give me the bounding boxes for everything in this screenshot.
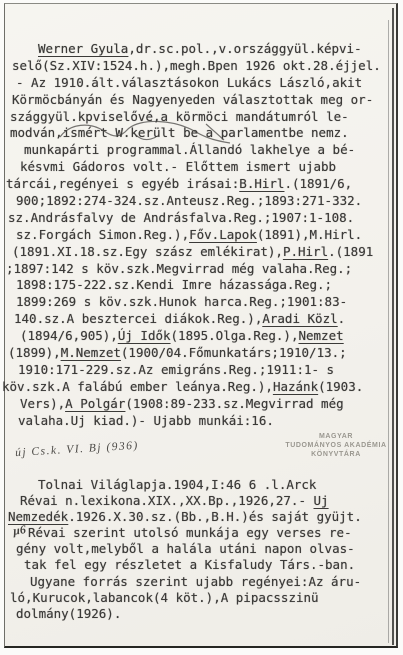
- text-line: Révai szerint utolsó munkája egy verses …: [28, 525, 395, 541]
- text-line: tárcái,regényei s egyéb irásai:B.Hirl.(1…: [6, 176, 395, 193]
- text-segment: (1903.: [318, 379, 363, 394]
- library-stamp: MAGYAR TUDOMÁNYOS AKADÉMIA KÖNYVTÁRA: [281, 432, 391, 459]
- text-line: ;1897:142 s köv.szk.Megvirrad még valaha…: [6, 261, 395, 278]
- text-line: selő(Sz.XIV:1524.h.),megh.Bpen 1926 okt.…: [12, 58, 395, 75]
- text-segment: .: [338, 311, 346, 326]
- text-line: köv.szk.A falábú ember leánya.Reg.),Hazá…: [2, 379, 395, 396]
- stamp-line-2: TUDOMÁNYOS AKADÉMIA: [281, 441, 391, 450]
- text-segment: ,dr.sc.pol.,v.országgyül.képvi-: [128, 41, 361, 56]
- text-segment: 140.sz.A besztercei diákok.Reg.),: [14, 311, 262, 326]
- text-line: 900;1892:274-324.sz.Anteusz.Reg.;1893:27…: [16, 193, 395, 210]
- text-segment: (1891),M.Hirl.: [257, 227, 362, 242]
- text-segment: .(1891: [328, 244, 373, 259]
- text-line: sz.Forgách Simon.Reg.),Főv.Lapok(1891),M…: [16, 227, 395, 244]
- text-segment: (1899),: [8, 345, 61, 360]
- text-segment: valaha.Uj kiad.)- Ujabb munkái:16.: [18, 413, 274, 428]
- text-segment: Ugyane forrás szerint ujabb regényei:Az …: [30, 574, 361, 589]
- text-segment: Révai szerint utolsó munkája egy verses …: [28, 525, 352, 540]
- text-segment: modván,ismért W.került be a parlamentbe …: [10, 125, 349, 140]
- text-segment: sz.Andrásfalvy de Andrásfalva.Reg.;1907:…: [8, 210, 354, 225]
- text-segment: selő(Sz.XIV:1524.h.),megh.Bpen 1926 okt.…: [12, 58, 381, 73]
- text-line: modván,ismért W.került be a parlamentbe …: [10, 125, 395, 142]
- text-line: 1910:171-229.sz.Az emigráns.Reg.;1911:1-…: [18, 362, 395, 379]
- text-line: 1899:269 s köv.szk.Hunok harca.Reg.;1901…: [16, 294, 395, 311]
- text-segment: tárcái,regényei s egyéb irásai:: [6, 176, 239, 191]
- text-segment: Révai n.lexikona.XIX.,XX.Bp.,1926,27.-: [20, 493, 314, 508]
- text-segment: Új Idők: [118, 328, 171, 343]
- text-segment: Aradi Közl: [262, 311, 337, 326]
- text-segment: (1900/04.Főmunkatárs;1910/13.;: [121, 345, 347, 360]
- scanned-document-page: { "document": { "kind": "typewritten-bib…: [0, 0, 403, 655]
- text-segment: (1908:89-233.sz.Megvirrad még: [125, 396, 343, 411]
- text-segment: 900;1892:274-324.sz.Anteusz.Reg.;1893:27…: [16, 193, 362, 208]
- text-segment: köv.szk.A falábú ember leánya.Reg.),: [2, 379, 273, 394]
- text-segment: gény volt,melyből a halála utáni napon o…: [16, 541, 355, 556]
- text-line: valaha.Uj kiad.)- Ujabb munkái:16.: [18, 413, 395, 430]
- typed-paragraph-sources: Tolnai Világlapja.1904,I:46 6 .l.ArckRév…: [12, 477, 395, 622]
- text-line: Werner Gyula,dr.sc.pol.,v.országgyül.kép…: [38, 41, 395, 58]
- text-line: gény volt,melyből a halála utáni napon o…: [16, 541, 395, 557]
- text-segment: Körmöcbányán és Nagyenyeden választottak…: [12, 92, 373, 107]
- text-line: (1894/6,905),Új Idők(1895.Olga.Reg.),Nem…: [20, 328, 395, 345]
- text-segment: - Az 1910.ált.választásokon Lukács Lászl…: [16, 75, 362, 90]
- text-segment: A Polgár: [65, 396, 125, 411]
- text-line: 140.sz.A besztercei diákok.Reg.),Aradi K…: [14, 311, 395, 328]
- text-segment: (1895.Olga.Reg.),: [171, 328, 299, 343]
- text-line: Révai n.lexikona.XIX.,XX.Bp.,1926,27.- U…: [20, 493, 395, 509]
- text-segment: munkapárti programmal.Állandó lakhelye a…: [24, 142, 355, 157]
- text-line: ló,Kurucok,labancok(4 köt.),A pipacsszin…: [10, 590, 395, 606]
- text-segment: M.Nemzet: [61, 345, 121, 360]
- text-line: Nemzedék.1926.X.30.sz.(Bb.,B.H.)és saját…: [8, 509, 395, 525]
- text-segment: P.Hirl: [283, 244, 328, 259]
- text-segment: dolmány(1926).: [16, 606, 121, 621]
- text-segment: 1899:269 s köv.szk.Hunok harca.Reg.;1901…: [16, 294, 347, 309]
- text-segment: Nemzet: [298, 328, 343, 343]
- text-line: munkapárti programmal.Állandó lakhelye a…: [24, 142, 395, 159]
- text-line: késvmi Gádoros volt.- Előttem ismert uja…: [20, 159, 395, 176]
- text-segment: Werner Gyula: [38, 41, 128, 56]
- text-segment: tak fel egy részletet a Kisfaludy Társ.-…: [24, 557, 355, 572]
- text-segment: Hazánk: [273, 379, 318, 394]
- text-segment: ;1897:142 s köv.szk.Megvirrad még valaha…: [6, 261, 352, 276]
- text-segment: (1894/6,905),: [20, 328, 118, 343]
- text-line: Tolnai Világlapja.1904,I:46 6 .l.Arck: [38, 477, 395, 493]
- text-segment: 1898:175-222.sz.Kendi Imre házassága.Reg…: [16, 277, 332, 292]
- stamp-line-3: KÖNYVTÁRA: [281, 450, 391, 459]
- text-segment: B.Hirl: [239, 176, 284, 191]
- text-segment: sz.Forgách Simon.Reg.),: [16, 227, 189, 242]
- text-segment: ló,Kurucok,labancok(4 köt.),A pipacsszin…: [10, 590, 319, 605]
- text-line: (1899),M.Nemzet(1900/04.Főmunkatárs;1910…: [8, 345, 395, 362]
- text-segment: 1910:171-229.sz.Az emigráns.Reg.;1911:1-…: [18, 362, 334, 377]
- text-line: (1891.XI.18.sz.Egy szász emlékirat),P.Hi…: [12, 244, 395, 261]
- typed-paragraph-biography: Werner Gyula,dr.sc.pol.,v.országgyül.kép…: [12, 41, 395, 429]
- text-line: szággyül.kpviselővé,a körmöci mandátumró…: [10, 109, 395, 126]
- text-segment: késvmi Gádoros volt.- Előttem ismert uja…: [20, 159, 336, 174]
- text-segment: (1891.XI.18.sz.Egy szász emlékirat),: [12, 244, 283, 259]
- text-segment: szággyül.kpviselővé,a körmöci mandátumró…: [10, 109, 349, 124]
- handwritten-margin-mark: µ6: [12, 522, 27, 539]
- text-line: Ugyane forrás szerint ujabb regényei:Az …: [30, 574, 395, 590]
- text-segment: .1926.X.30.sz.(Bb.,B.H.)és saját gyüjt.: [68, 509, 362, 524]
- text-segment: Főv.Lapok: [189, 227, 257, 242]
- text-segment: Nemzedék: [8, 509, 68, 524]
- text-line: 1898:175-222.sz.Kendi Imre házassága.Reg…: [16, 277, 395, 294]
- text-line: dolmány(1926).: [16, 606, 395, 622]
- text-line: sz.Andrásfalvy de Andrásfalva.Reg.;1907:…: [8, 210, 395, 227]
- text-line: tak fel egy részletet a Kisfaludy Társ.-…: [24, 557, 395, 573]
- text-segment: Tolnai Világlapja.1904,I:46 6 .l.Arck: [38, 477, 316, 492]
- text-segment: Vers),: [20, 396, 65, 411]
- text-line: Körmöcbányán és Nagyenyeden választottak…: [12, 92, 395, 109]
- text-segment: .(1891/6,: [284, 176, 352, 191]
- text-line: Vers),A Polgár(1908:89-233.sz.Megvirrad …: [20, 396, 395, 413]
- text-line: - Az 1910.ált.választásokon Lukács Lászl…: [16, 75, 395, 92]
- stamp-line-1: MAGYAR: [281, 432, 391, 441]
- text-segment: Uj: [314, 493, 329, 508]
